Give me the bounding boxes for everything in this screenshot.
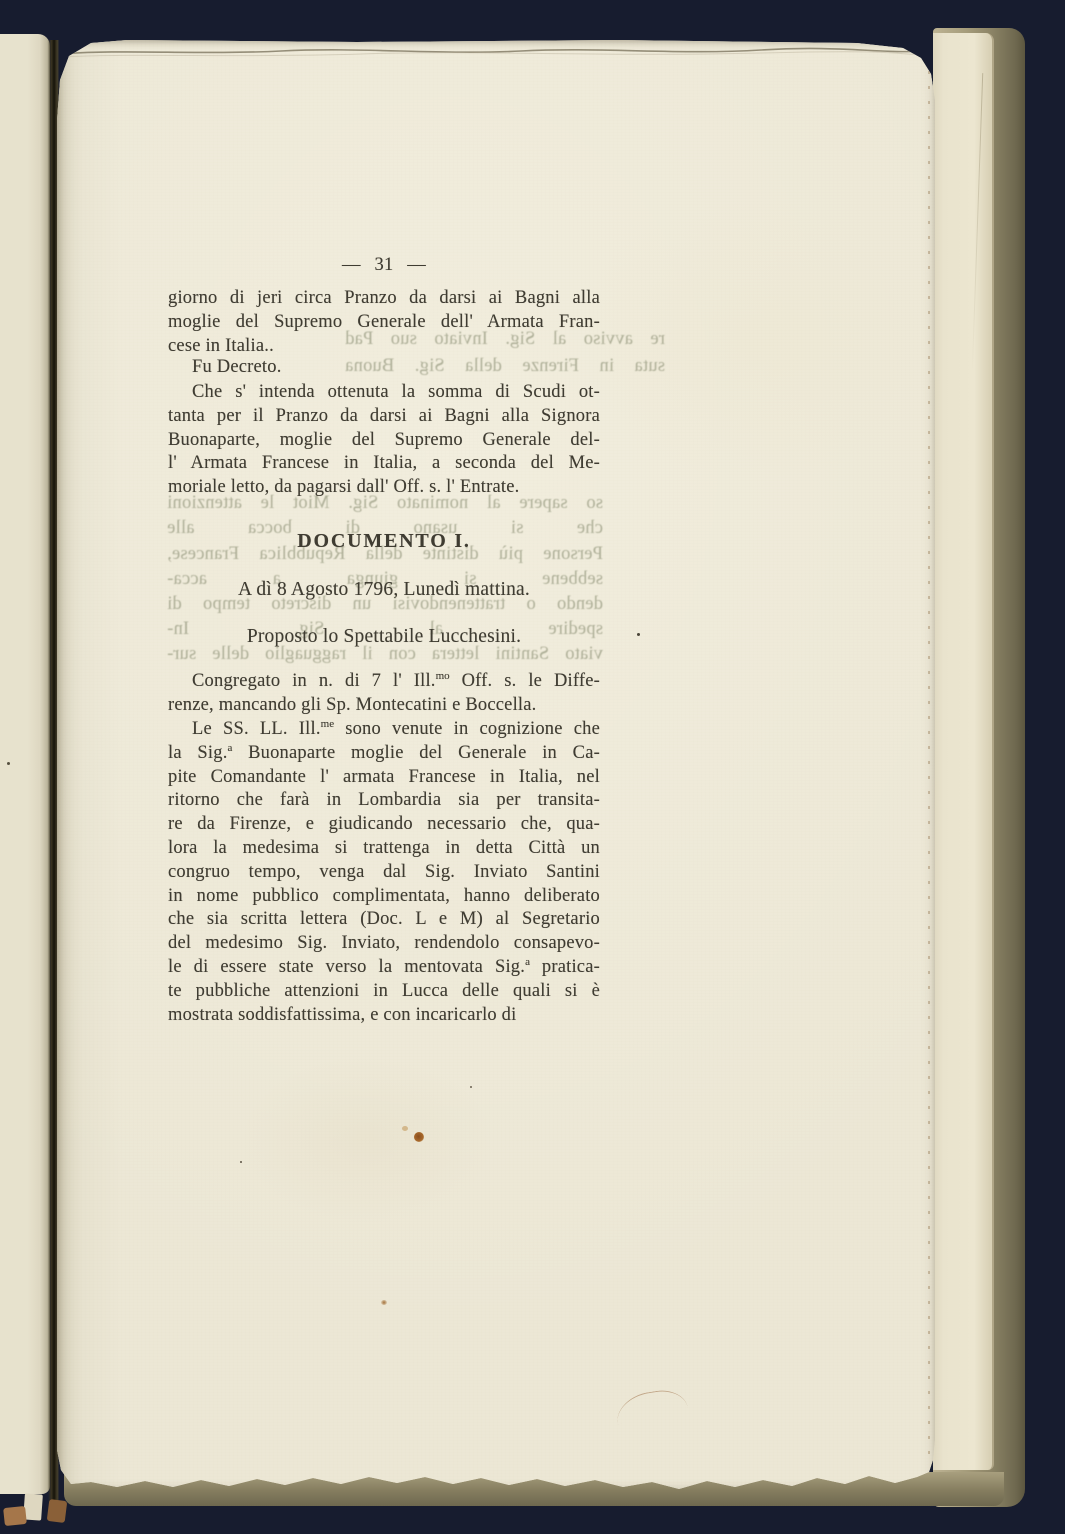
text-line: giorno di jeri circa Pranzo da darsi ai … — [168, 287, 600, 311]
proposition-line: Proposto lo Spettabile Lucchesini. — [168, 625, 600, 649]
text-line: Le SS. LL. Ill.me sono venute in cognizi… — [168, 718, 600, 742]
text-line: renze, mancando gli Sp. Montecatini e Bo… — [168, 694, 600, 718]
text-line: cese in Italia.. — [168, 335, 600, 359]
text-line: pite Comandante l' armata Francese in It… — [168, 766, 600, 790]
binding-remnant — [3, 1506, 27, 1526]
paragraph: Fu Decreto. — [168, 356, 600, 380]
text-line: te pubbliche attenzioni in Lucca delle q… — [168, 980, 600, 1004]
text-line: Che s' intenda ottenuta la somma di Scud… — [168, 381, 600, 405]
document-heading: DOCUMENTO I. — [168, 530, 600, 554]
paragraph: giorno di jeri circa Pranzo da darsi ai … — [168, 287, 600, 358]
text-line: la Sig.a Buonaparte moglie del Generale … — [168, 742, 600, 766]
text-line: le di essere state verso la mentovata Si… — [168, 956, 600, 980]
text-line: Buonaparte, moglie del Supremo Generale … — [168, 429, 600, 453]
text-line: moglie del Supremo Generale dell' Armata… — [168, 311, 600, 335]
ink-speck — [240, 1161, 242, 1163]
book-page: re avviso al Sig. Inviato suo Pad suta i… — [57, 40, 935, 1489]
text-line: che sia scritta lettera (Doc. L e M) al … — [168, 908, 600, 932]
text-line: mostrata soddisfattissima, e con incaric… — [168, 1004, 600, 1028]
fore-edge-crease — [928, 56, 930, 1466]
binding-remnant — [47, 1499, 68, 1523]
book-scan-background: re avviso al Sig. Inviato suo Pad suta i… — [0, 0, 1065, 1534]
foxing-spot — [381, 1300, 387, 1305]
page-edge-crinkle — [972, 73, 983, 373]
text-line: Fu Decreto. — [168, 356, 600, 380]
text-line: re da Firenze, e giudicando necessario c… — [168, 813, 600, 837]
text-line: ritorno che farà in Lombardia sia per tr… — [168, 789, 600, 813]
paragraph: Che s' intenda ottenuta la somma di Scud… — [168, 381, 600, 500]
paper-speck — [7, 762, 10, 765]
under-page-edge — [933, 33, 994, 1470]
foxing-spot — [414, 1132, 424, 1142]
text-line: in nome pubblico complimentata, hanno de… — [168, 885, 600, 909]
text-line: Congregato in n. di 7 l' Ill.mo Off. s. … — [168, 670, 600, 694]
ink-speck — [470, 1086, 472, 1088]
text-line: del medesimo Sig. Inviato, rendendolo co… — [168, 932, 600, 956]
page-number: — 31 — — [168, 254, 600, 278]
paragraph: Le SS. LL. Ill.me sono venute in cognizi… — [168, 718, 600, 1027]
text-line: congruo tempo, venga dal Sig. Inviato Sa… — [168, 861, 600, 885]
dateline: A dì 8 Agosto 1796, Lunedì mattina. — [168, 578, 600, 602]
top-crease-line — [61, 45, 929, 61]
ink-speck — [637, 633, 640, 636]
foxing-spot — [402, 1126, 408, 1131]
text-line: moriale letto, da pagarsi dall' Off. s. … — [168, 476, 600, 500]
text-line: tanta per il Pranzo da darsi ai Bagni al… — [168, 405, 600, 429]
text-line: l' Armata Francese in Italia, a seconda … — [168, 452, 600, 476]
text-line: lora la medesima si trattenga in detta C… — [168, 837, 600, 861]
hair-mark — [613, 1387, 688, 1425]
paragraph: Congregato in n. di 7 l' Ill.mo Off. s. … — [168, 670, 600, 718]
